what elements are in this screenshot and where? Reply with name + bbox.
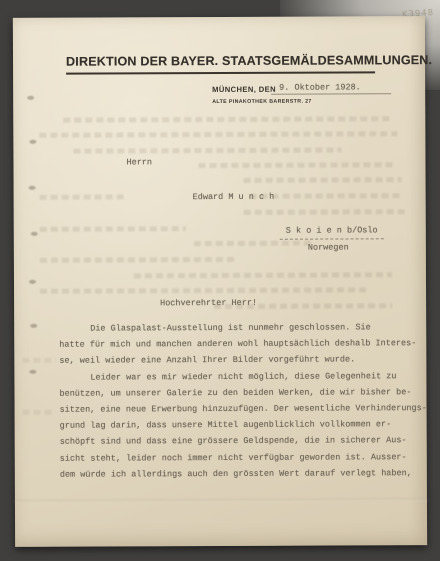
paper-crease: [15, 498, 427, 503]
ink-speck: [29, 186, 36, 190]
ink-speck: [27, 96, 34, 100]
body-line: schöpft sind und dass eine grössere Geld…: [60, 433, 426, 451]
ink-bleed-line: [40, 287, 366, 293]
letterhead-title: DIREKTION DER BAYER. STAATSGEMÄLDESAMMLU…: [66, 53, 375, 74]
letter-paper: DIREKTION DER BAYER. STAATSGEMÄLDESAMMLU…: [13, 16, 427, 547]
ink-bleed-line: [23, 410, 53, 415]
ink-bleed-line: [63, 116, 393, 122]
letter-date: 9. Oktober 1928.: [279, 82, 361, 92]
letter-salutation: Hochverehrter Herr!: [160, 298, 257, 308]
body-line: grund lag darin, dass unsere Mittel auge…: [60, 416, 426, 434]
ink-speck: [30, 324, 37, 328]
body-line: sicht steht, leider noch immer nicht ver…: [60, 449, 426, 467]
ink-bleed-line: [244, 177, 402, 183]
recipient-name: Edward M u n c h: [193, 192, 275, 202]
recipient-prefix: Herrn: [126, 157, 152, 167]
letterhead-address: ALTE PINAKOTHEK BARERSTR. 27: [212, 99, 311, 105]
letter-body: Die Glaspalast-Ausstellung ist nunmehr g…: [59, 319, 426, 483]
body-line: dem würde ich allerdings auch den grösst…: [60, 465, 426, 483]
body-line: se, weil wieder eine Anzahl Ihrer Bilder…: [59, 352, 425, 370]
ink-bleed-line: [40, 257, 238, 263]
ink-speck: [29, 280, 36, 284]
body-line: Die Glaspalast-Ausstellung ist nunmehr g…: [59, 319, 425, 337]
ink-speck: [29, 370, 36, 374]
body-line: sitzen, eine neue Erwerbung hinzuzufügen…: [60, 400, 426, 418]
letterhead-city-label: MÜNCHEN, DEN: [212, 85, 276, 94]
ink-bleed-line: [198, 162, 396, 168]
body-line: Leider war es mir wieder nicht möglich, …: [59, 368, 425, 386]
recipient-city: S k o i e n b/Oslo: [280, 225, 384, 239]
body-line: hatte für mich und manchen anderen wohl …: [59, 335, 425, 353]
recipient-country: Norwegen: [308, 242, 349, 252]
ink-bleed-line: [40, 194, 128, 199]
scanned-letter-page: { "page": { "archival_code": "K3948" }, …: [0, 0, 440, 561]
body-line: benützen, um unserer Galerie zu den beid…: [59, 384, 425, 402]
ink-speck: [29, 140, 36, 144]
ink-bleed-line: [244, 209, 406, 215]
ink-speck: [31, 232, 38, 236]
ink-bleed-line: [73, 147, 341, 153]
ink-bleed-line: [194, 241, 312, 247]
ink-bleed-line: [40, 226, 186, 232]
ink-bleed-line: [134, 272, 392, 278]
ink-bleed-line: [39, 131, 397, 138]
ink-bleed-line: [22, 358, 56, 363]
